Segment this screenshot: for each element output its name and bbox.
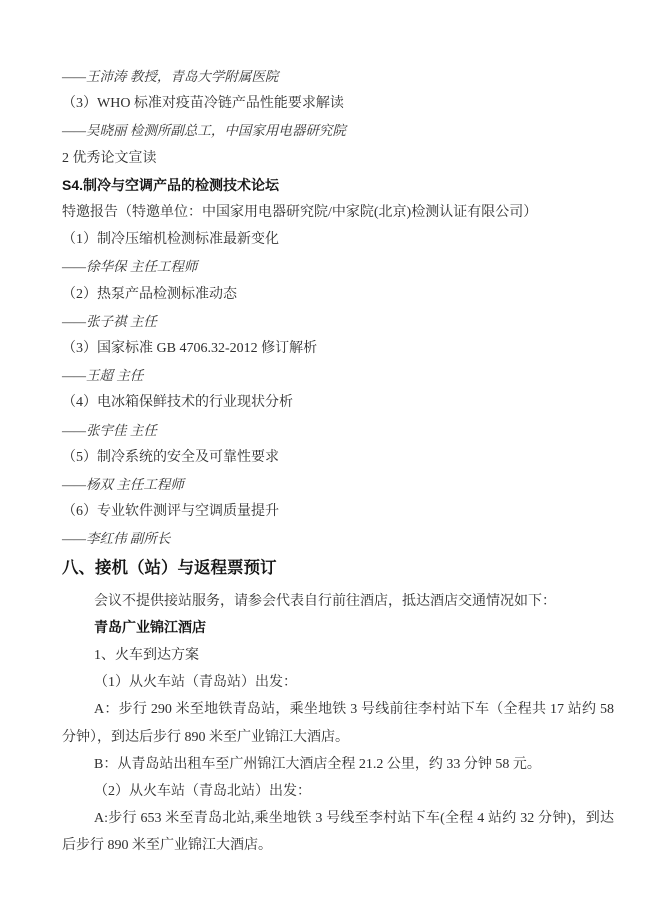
s4-speaker-1: ——徐华保 主任工程师 bbox=[62, 253, 614, 280]
train-arrival-plan-title: 1、火车到达方案 bbox=[62, 642, 614, 669]
s4-speaker-5: ——杨双 主任工程师 bbox=[62, 471, 614, 498]
speaker-line-wuxiaoli: ——吴晓丽 检测所副总工，中国家用电器研究院 bbox=[62, 117, 614, 144]
topic-line-who-standard: （3）WHO 标准对疫苗冷链产品性能要求解读 bbox=[62, 90, 614, 117]
s4-topic-1: （1）制冷压缩机检测标准最新变化 bbox=[62, 226, 614, 253]
plan-qingdao-north-a: A:步行 653 米至青岛北站,乘坐地铁 3 号线至李村站下车(全程 4 站约 … bbox=[62, 805, 614, 859]
pickup-intro-paragraph: 会议不提供接站服务，请参会代表自行前往酒店，抵达酒店交通情况如下： bbox=[62, 588, 614, 615]
document-page: ——王沛涛 教授，青岛大学附属医院 （3）WHO 标准对疫苗冷链产品性能要求解读… bbox=[0, 0, 672, 913]
departure-qingdao-north-station: （2）从火车站（青岛北站）出发： bbox=[62, 778, 614, 805]
s4-topic-4: （4）电冰箱保鲜技术的行业现状分析 bbox=[62, 389, 614, 416]
s4-speaker-2: ——张子祺 主任 bbox=[62, 308, 614, 335]
s4-speaker-3: ——王超 主任 bbox=[62, 362, 614, 389]
forum-s4-title: S4.制冷与空调产品的检测技术论坛 bbox=[62, 172, 614, 199]
s4-topic-6: （6）专业软件测评与空调质量提升 bbox=[62, 498, 614, 525]
s4-speaker-4: ——张宇佳 主任 bbox=[62, 417, 614, 444]
section-8-heading: 八、接机（站）与返程票预订 bbox=[62, 553, 614, 583]
s4-topic-2: （2）热泵产品检测标准动态 bbox=[62, 281, 614, 308]
hotel-name-line: 青岛广业锦江酒店 bbox=[62, 615, 614, 642]
plan-qingdao-b: B：从青岛站出租车至广州锦江大酒店全程 21.2 公里，约 33 分钟 58 元… bbox=[62, 751, 614, 778]
s4-topic-5: （5）制冷系统的安全及可靠性要求 bbox=[62, 444, 614, 471]
invited-report-line: 特邀报告（特邀单位：中国家用电器研究院/中家院(北京)检测认证有限公司） bbox=[62, 199, 614, 226]
plan-qingdao-a: A：步行 290 米至地铁青岛站，乘坐地铁 3 号线前往李村站下车（全程共 17… bbox=[62, 696, 614, 750]
departure-qingdao-station: （1）从火车站（青岛站）出发： bbox=[62, 669, 614, 696]
s4-topic-3: （3）国家标准 GB 4706.32-2012 修订解析 bbox=[62, 335, 614, 362]
speaker-line-wangpeitao: ——王沛涛 教授，青岛大学附属医院 bbox=[62, 63, 614, 90]
s4-speaker-6: ——李红伟 副所长 bbox=[62, 525, 614, 552]
papers-reading-line: 2 优秀论文宣读 bbox=[62, 145, 614, 172]
